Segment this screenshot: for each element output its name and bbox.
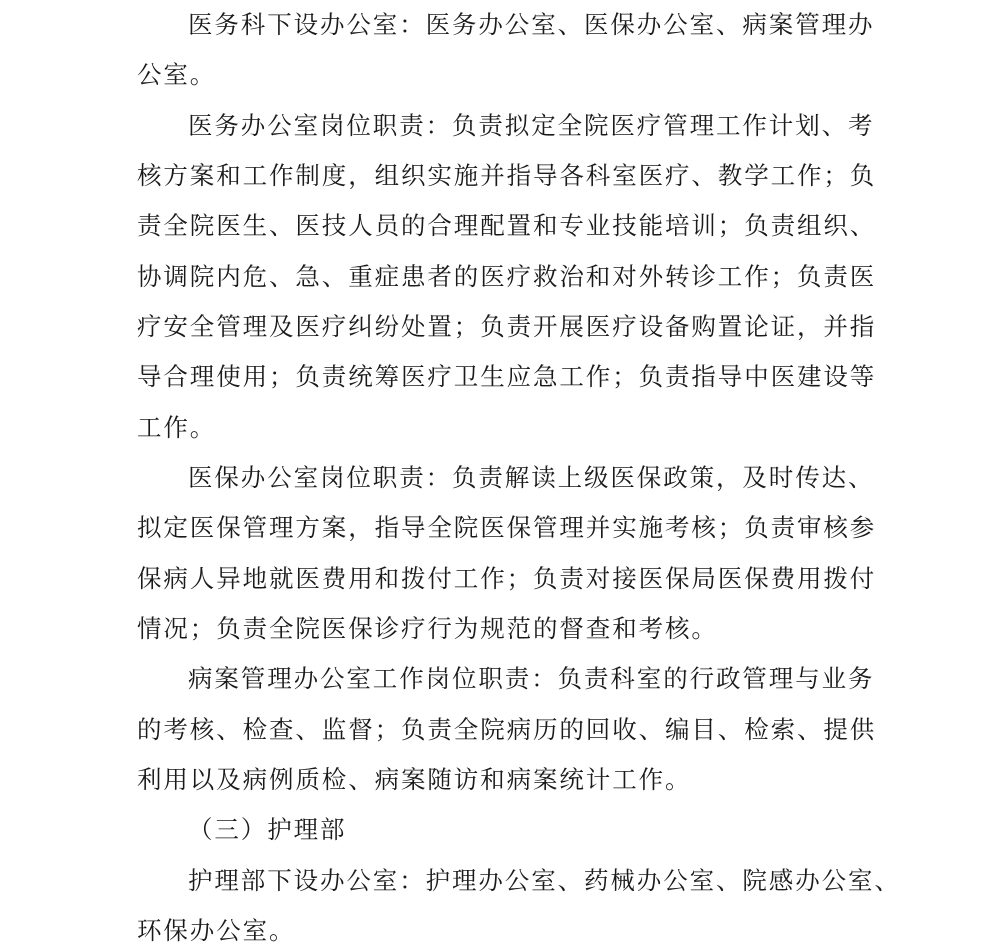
text-line: 利用以及病例质检、病案随访和病案统计工作。 xyxy=(137,755,691,805)
heading-text: （三）护理部 xyxy=(188,805,346,855)
text-line: 的考核、检查、监督；负责全院病历的回收、编目、检索、提供 xyxy=(137,705,876,755)
text-line: 公室。 xyxy=(137,50,216,100)
text-line: 医务科下设办公室：医务办公室、医保办公室、病案管理办 xyxy=(188,0,874,50)
text-line: 病案管理办公室工作岗位职责：负责科室的行政管理与业务 xyxy=(188,654,874,704)
text-line: 导合理使用；负责统筹医疗卫生应急工作；负责指导中医建设等 xyxy=(137,352,876,402)
text-line: 情况；负责全院医保诊疗行为规范的督查和考核。 xyxy=(137,604,718,654)
text-line: 拟定医保管理方案，指导全院医保管理并实施考核；负责审核参 xyxy=(137,503,876,553)
text-line: 协调院内危、急、重症患者的医疗救治和对外转诊工作；负责医 xyxy=(137,252,876,302)
text-line: 环保办公室。 xyxy=(137,906,295,952)
text-line: 医保办公室岗位职责：负责解读上级医保政策，及时传达、 xyxy=(188,453,874,503)
text-line: 核方案和工作制度，组织实施并指导各科室医疗、教学工作；负 xyxy=(137,151,876,201)
text-line: 工作。 xyxy=(137,403,216,453)
text-line: 责全院医生、医技人员的合理配置和专业技能培训；负责组织、 xyxy=(137,201,876,251)
text-line: 护理部下设办公室：护理办公室、药械办公室、院感办公室、 xyxy=(188,856,901,906)
text-line: 医务办公室岗位职责：负责拟定全院医疗管理工作计划、考 xyxy=(188,101,874,151)
text-line: 疗安全管理及医疗纠纷处置；负责开展医疗设备购置论证，并指 xyxy=(137,302,876,352)
text-line: 保病人异地就医费用和拨付工作；负责对接医保局医保费用拨付 xyxy=(137,554,876,604)
